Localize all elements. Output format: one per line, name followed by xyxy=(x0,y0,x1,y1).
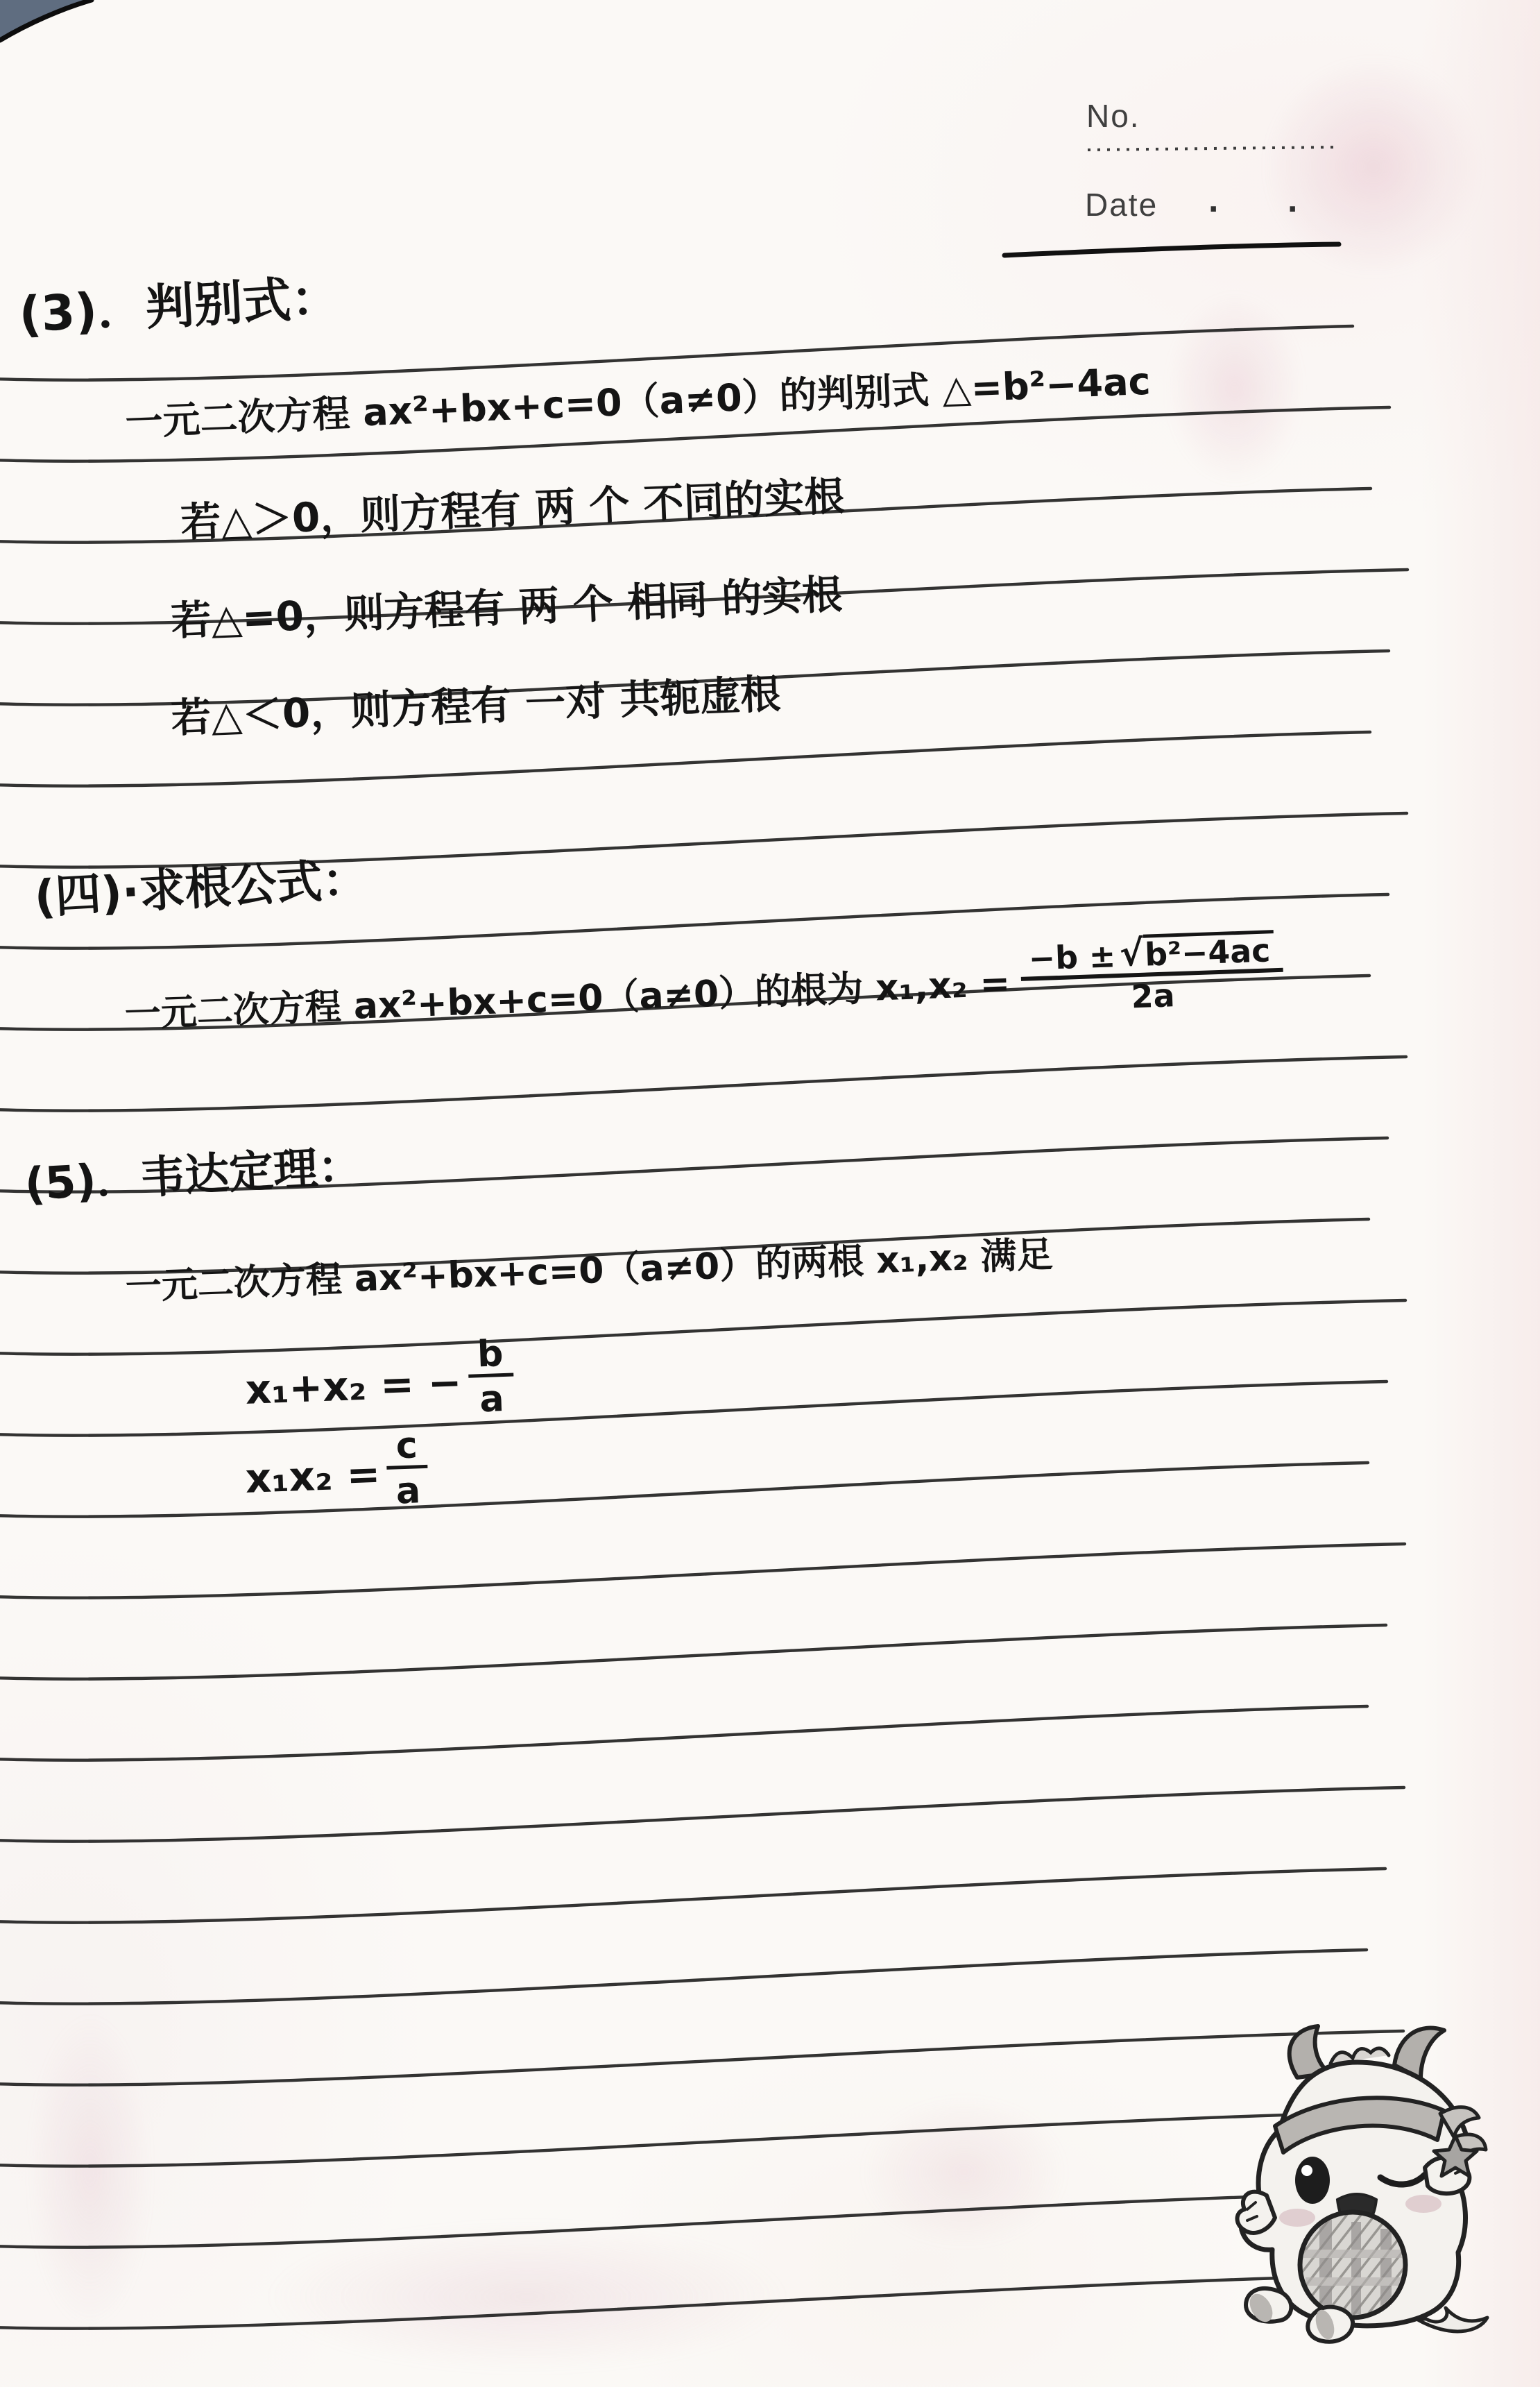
fraction-numerator: b xyxy=(467,1336,513,1378)
rule-line xyxy=(0,2112,1385,2166)
ox-mascot-sticker xyxy=(1215,2021,1493,2354)
fraction-prefix: −b ± xyxy=(1028,940,1116,975)
fraction-denominator: 2a xyxy=(1131,976,1175,1013)
vieta-sum-lhs: x₁+x₂ = − xyxy=(245,1359,463,1413)
root-formula-intro: 一元二次方程 ax²+bx+c=0（a≠0）的根为 x₁,x₂ = xyxy=(124,963,1011,1036)
open-eye xyxy=(1295,2157,1330,2204)
rule-line xyxy=(0,2031,1403,2085)
vieta-product-lhs: x₁x₂ = xyxy=(245,1450,382,1502)
rule-line xyxy=(0,2275,1403,2329)
mascot-paw xyxy=(1238,2192,1276,2233)
vieta-sum-fraction: ba xyxy=(467,1336,515,1419)
date-label: Date xyxy=(1085,186,1158,223)
date-separator-dot: . xyxy=(1287,179,1297,221)
eye-highlight xyxy=(1301,2165,1312,2176)
rule-line xyxy=(0,1950,1367,2004)
rule-line xyxy=(0,1463,1368,1517)
rule-line xyxy=(0,1300,1405,1354)
blush xyxy=(1279,2209,1315,2227)
vieta-sum-line: x₁+x₂ = −ba xyxy=(244,1343,515,1434)
rule-line xyxy=(0,1787,1404,1842)
notebook-page: No. Date . . (3)．判别式： 一元二次方程 ax²+bx+c=0（… xyxy=(0,0,1540,2387)
fraction-numerator: c xyxy=(386,1427,428,1470)
rule-line xyxy=(0,2193,1366,2248)
fraction-denominator: a xyxy=(479,1377,504,1418)
vieta-product-line: x₁x₂ =ca xyxy=(244,1434,429,1522)
rule-line xyxy=(0,1057,1406,1111)
screenshot-root: { "header": { "no_label": "No.", "date_l… xyxy=(0,0,1540,2387)
date-separator-dot: . xyxy=(1208,179,1218,221)
blush xyxy=(1405,2195,1441,2213)
fraction-denominator: a xyxy=(395,1468,421,1509)
rule-line xyxy=(0,1382,1387,1436)
no-label: No. xyxy=(1086,97,1140,135)
rule-line xyxy=(0,1544,1405,1598)
quadratic-formula-fraction: −b ±√b²−4ac2a xyxy=(1020,928,1285,1017)
vieta-product-fraction: ca xyxy=(386,1427,429,1510)
radical-sign: √ xyxy=(1119,935,1144,971)
rule-line xyxy=(0,1869,1385,1923)
rule-line xyxy=(0,1625,1386,1679)
rule-line xyxy=(0,1706,1367,1760)
radicand: b²−4ac xyxy=(1143,930,1275,971)
no-dotted-line xyxy=(1088,147,1337,150)
header-rule-line xyxy=(1004,244,1339,255)
